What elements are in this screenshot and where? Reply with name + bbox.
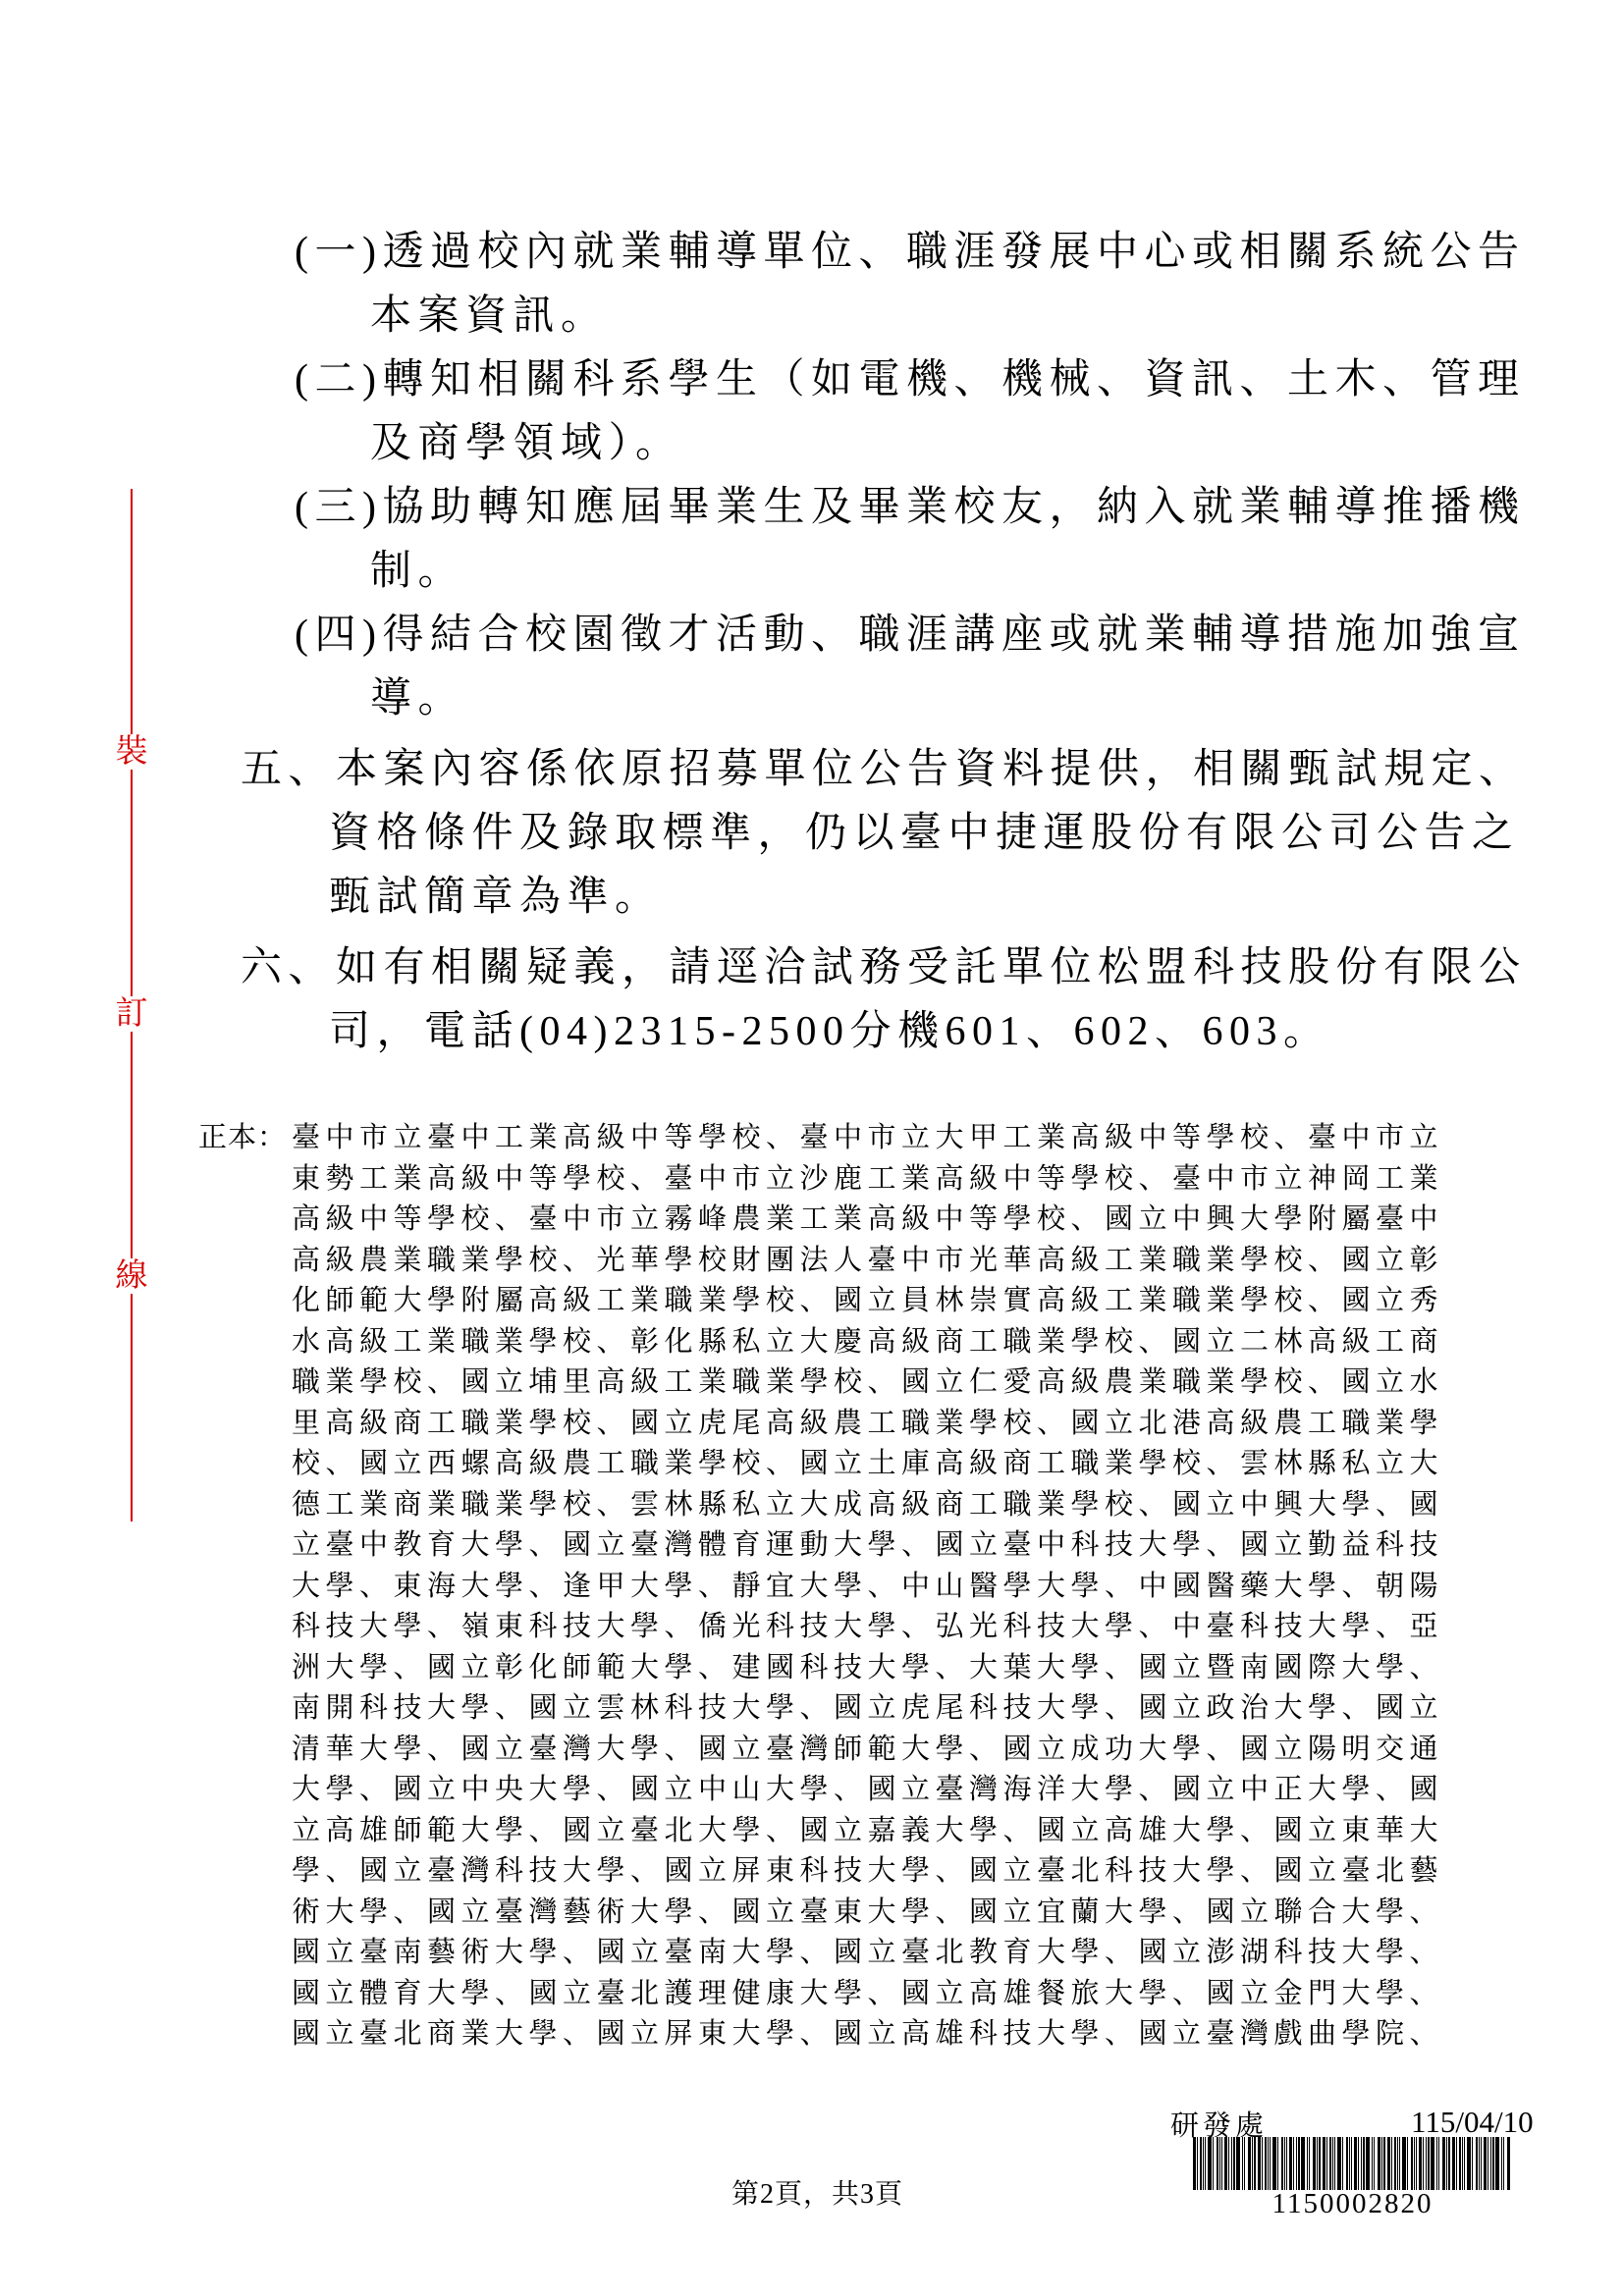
recipient-line: 科技大學、嶺東科技大學、僑光科技大學、弘光科技大學、中臺科技大學、亞 <box>292 1607 1529 1648</box>
recipient-line: 洲大學、國立彰化師範大學、建國科技大學、大葉大學、國立暨南國際大學、 <box>292 1648 1529 1689</box>
recipient-line: 東勢工業高級中等學校、臺中市立沙鹿工業高級中等學校、臺中市立神岡工業 <box>292 1159 1529 1201</box>
recipient-line: 高級農業職業學校、光華學校財團法人臺中市光華高級工業職業學校、國立彰 <box>292 1241 1529 1282</box>
recipient-line: 高級中等學校、臺中市立霧峰農業工業高級中等學校、國立中興大學附屬臺中 <box>292 1200 1529 1241</box>
recipient-line: 立高雄師範大學、國立臺北大學、國立嘉義大學、國立高雄大學、國立東華大 <box>292 1811 1529 1852</box>
recipient-line: 德工業商業職業學校、雲林縣私立大成高級商工職業學校、國立中興大學、國 <box>292 1485 1529 1526</box>
binding-char-zhuang: 裝 <box>110 734 153 770</box>
body-line: 五、本案內容係依原招募單位公告資料提供，相關甄試規定、 <box>241 738 1478 802</box>
recipient-line: 清華大學、國立臺灣大學、國立臺灣師範大學、國立成功大學、國立陽明交通 <box>292 1730 1529 1771</box>
body-line: 六、如有相關疑義，請逕洽試務受託單位松盟科技股份有限公 <box>241 936 1478 1000</box>
binding-char-xian: 線 <box>110 1258 153 1294</box>
body-line: 司，電話(04)2315-2500分機601、602、603。 <box>241 1000 1478 1064</box>
body-line: 導。 <box>241 667 1478 731</box>
recipient-line: 大學、國立中央大學、國立中山大學、國立臺灣海洋大學、國立中正大學、國 <box>292 1770 1529 1811</box>
body-line: (二)轉知相關科系學生（如電機、機械、資訊、土木、管理 <box>241 348 1478 412</box>
binding-char-ding: 訂 <box>110 996 153 1032</box>
recipient-line: 臺中市立臺中工業高級中等學校、臺中市立大甲工業高級中等學校、臺中市立 <box>292 1118 1529 1159</box>
recipients-label: 正本： <box>198 1118 287 1159</box>
recipient-line: 水高級工業職業學校、彰化縣私立大慶高級商工職業學校、國立二林高級工商 <box>292 1322 1529 1363</box>
recipients-block: 正本： 臺中市立臺中工業高級中等學校、臺中市立大甲工業高級中等學校、臺中市立東勢… <box>292 1118 1529 2056</box>
document-date: 115/04/10 <box>1411 2105 1534 2140</box>
recipient-line: 職業學校、國立埔里高級工業職業學校、國立仁愛高級農業職業學校、國立水 <box>292 1362 1529 1404</box>
official-document-page: 裝 訂 線 (一)透過校內就業輔導單位、職涯發展中心或相關系統公告本案資訊。(二… <box>0 0 1623 2296</box>
recipient-line: 國立臺南藝術大學、國立臺南大學、國立臺北教育大學、國立澎湖科技大學、 <box>292 1933 1529 1974</box>
body-line: (三)協助轉知應屆畢業生及畢業校友，納入就業輔導推播機 <box>241 476 1478 540</box>
recipient-line: 學、國立臺灣科技大學、國立屏東科技大學、國立臺北科技大學、國立臺北藝 <box>292 1851 1529 1893</box>
recipient-line: 校、國立西螺高級農工職業學校、國立土庫高級商工職業學校、雲林縣私立大 <box>292 1444 1529 1485</box>
body-line: 制。 <box>241 540 1478 604</box>
recipients-list: 臺中市立臺中工業高級中等學校、臺中市立大甲工業高級中等學校、臺中市立東勢工業高級… <box>292 1118 1529 2056</box>
recipient-line: 化師範大學附屬高級工業職業學校、國立員林崇實高級工業職業學校、國立秀 <box>292 1281 1529 1322</box>
body-line: (一)透過校內就業輔導單位、職涯發展中心或相關系統公告 <box>241 221 1478 285</box>
recipient-line: 大學、東海大學、逢甲大學、靜宜大學、中山醫學大學、中國醫藥大學、朝陽 <box>292 1567 1529 1608</box>
recipient-line: 國立臺北商業大學、國立屏東大學、國立高雄科技大學、國立臺灣戲曲學院、 <box>292 2014 1529 2056</box>
recipient-line: 國立體育大學、國立臺北護理健康大學、國立高雄餐旅大學、國立金門大學、 <box>292 1974 1529 2015</box>
body-line: 本案資訊。 <box>241 285 1478 348</box>
recipient-line: 立臺中教育大學、國立臺灣體育運動大學、國立臺中科技大學、國立勤益科技 <box>292 1525 1529 1567</box>
body-line: 甄試簡章為準。 <box>241 866 1478 930</box>
recipient-line: 南開科技大學、國立雲林科技大學、國立虎尾科技大學、國立政治大學、國立 <box>292 1688 1529 1730</box>
recipient-line: 術大學、國立臺灣藝術大學、國立臺東大學、國立宜蘭大學、國立聯合大學、 <box>292 1893 1529 1934</box>
body-line: 資格條件及錄取標準，仍以臺中捷運股份有限公司公告之 <box>241 802 1478 866</box>
page-number-label: 第2頁，共3頁 <box>731 2172 903 2212</box>
barcode-number: 1150002820 <box>1193 2188 1512 2220</box>
recipient-line: 里高級商工職業學校、國立虎尾高級農工職業學校、國立北港高級農工職業學 <box>292 1404 1529 1445</box>
body-text-block: (一)透過校內就業輔導單位、職涯發展中心或相關系統公告本案資訊。(二)轉知相關科… <box>241 221 1478 1064</box>
barcode <box>1193 2137 1512 2190</box>
body-line: 及商學領域）。 <box>241 412 1478 476</box>
body-line: (四)得結合校園徵才活動、職涯講座或就業輔導措施加強宣 <box>241 604 1478 667</box>
